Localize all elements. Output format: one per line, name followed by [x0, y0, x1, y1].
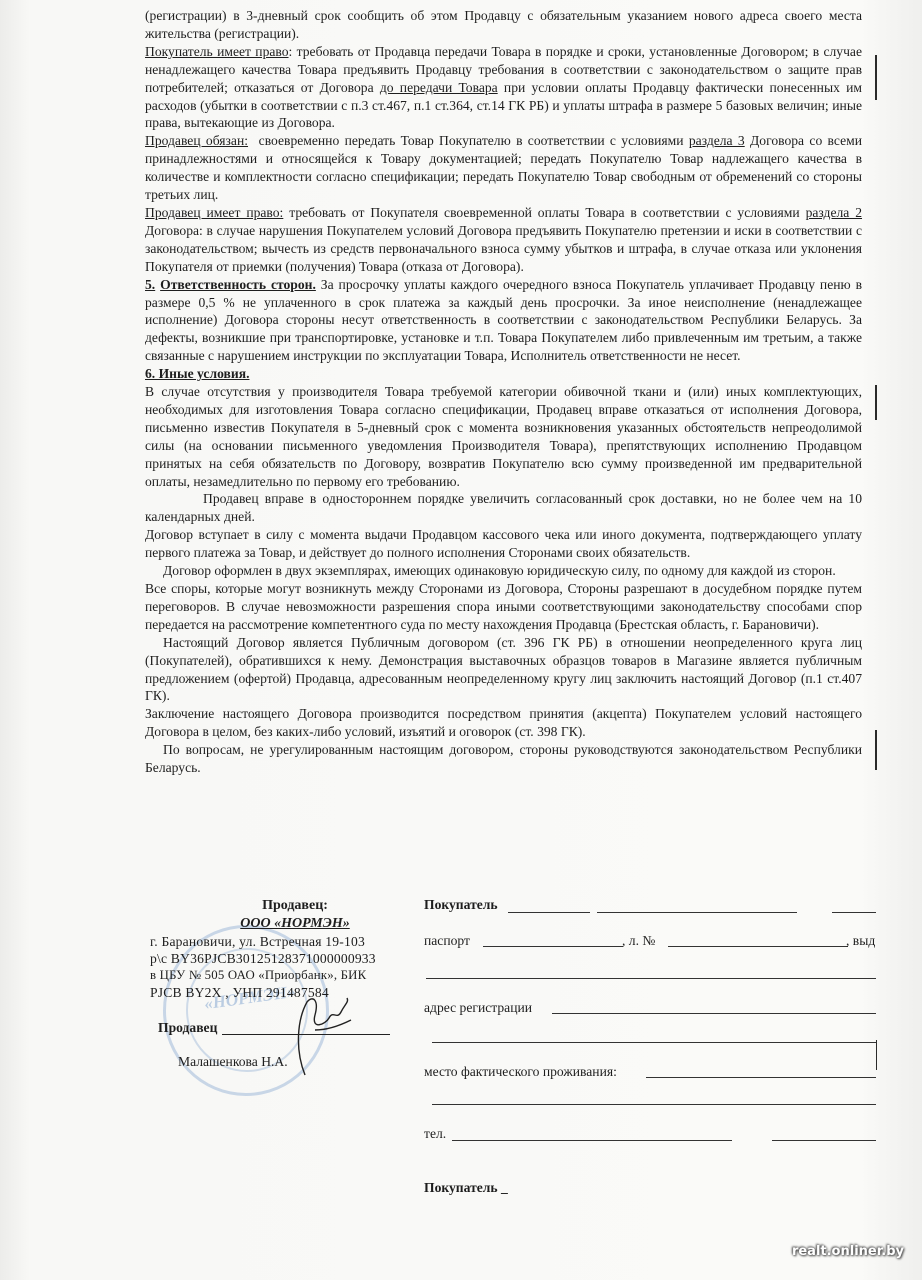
- actual-address-field-2[interactable]: [432, 1104, 876, 1105]
- seller-account: р\с BY36PJCB30125128371000000933: [150, 950, 420, 967]
- reg-address-field-2[interactable]: [432, 1042, 876, 1043]
- passport-number-label: , л. №: [622, 933, 655, 949]
- margin-mark: [875, 385, 877, 420]
- phone-field[interactable]: [452, 1140, 732, 1141]
- seller-details: Продавец: ООО «НОРМЭН» г. Барановичи, ул…: [150, 897, 420, 1001]
- reg-address-label: адрес регистрации: [424, 1000, 532, 1016]
- seller-rights-label: Продавец имеет право:: [145, 205, 283, 220]
- paragraph-seller-rights: Продавец имеет право: требовать от Покуп…: [145, 204, 862, 276]
- seller-bank: в ЦБУ № 505 ОАО «Приорбанк», БИК: [150, 967, 420, 984]
- buyer-name-line-2: [597, 912, 797, 913]
- buyer-title: Покупатель: [424, 897, 498, 913]
- seller-obliged-label: Продавец обязан:: [145, 133, 248, 148]
- before-transfer-label: до передачи Товара: [380, 80, 498, 95]
- passport-issued-label: , выд: [846, 933, 875, 949]
- section5-number: 5.: [145, 277, 155, 292]
- paragraph-governing-law: По вопросам, не урегулированным настоящи…: [145, 741, 862, 777]
- buyer-name-line-3: [832, 912, 876, 913]
- paragraph-public-contract: Настоящий Договор является Публичным дог…: [145, 634, 862, 706]
- signature-icon: [285, 990, 355, 1080]
- paragraph-disputes: Все споры, которые могут возникнуть межд…: [145, 580, 862, 634]
- paragraph-reg-change: (регистрации) в 3-дневный срок сообщить …: [145, 7, 862, 43]
- phone-label: тел.: [424, 1126, 446, 1142]
- contract-body: (регистрации) в 3-дневный срок сообщить …: [145, 7, 862, 777]
- buyer-rights-label: Покупатель имеет право: [145, 44, 289, 59]
- section3-ref: раздела 3: [689, 133, 745, 148]
- paragraph-section5: 5. Ответственность сторон. За просрочку …: [145, 276, 862, 366]
- seller-signatory: Малашенкова Н.А.: [178, 1054, 288, 1070]
- paragraph-effective: Договор вступает в силу с момента выдачи…: [145, 526, 862, 562]
- seller-sign-label: Продавец: [158, 1020, 217, 1036]
- passport-number-field[interactable]: [668, 946, 848, 947]
- section2-ref: раздела 2: [806, 205, 862, 220]
- seller-company: ООО «НОРМЭН»: [150, 915, 420, 933]
- margin-mark: [876, 1040, 877, 1070]
- paragraph-acceptance: Заключение настоящего Договора производи…: [145, 705, 862, 741]
- phone-field-2[interactable]: [772, 1140, 876, 1141]
- passport-series-field[interactable]: [483, 946, 623, 947]
- paragraph-delivery-term: Продавец вправе в одностороннем порядке …: [145, 490, 862, 526]
- site-watermark: realt.onliner.by: [792, 1244, 904, 1259]
- actual-address-label: место фактического проживания:: [424, 1064, 617, 1080]
- seller-address: г. Барановичи, ул. Встречная 19-103: [150, 933, 420, 950]
- margin-mark: [875, 730, 877, 770]
- reg-address-field[interactable]: [552, 1013, 876, 1014]
- seller-title: Продавец:: [150, 897, 420, 915]
- passport-label: паспорт: [424, 933, 470, 949]
- paragraph-buyer-rights: Покупатель имеет право: требовать от Про…: [145, 43, 862, 133]
- paragraph-seller-obliged: Продавец обязан: своевременно передать Т…: [145, 132, 862, 204]
- margin-mark: [875, 55, 877, 100]
- section5-heading: Ответственность сторон.: [160, 277, 316, 292]
- buyer-sign-label: Покупатель _: [424, 1180, 508, 1196]
- document-page: (регистрации) в 3-дневный срок сообщить …: [0, 0, 922, 1280]
- buyer-name-line: [508, 912, 590, 913]
- section6-heading: 6. Иные условия.: [145, 365, 862, 383]
- actual-address-field[interactable]: [646, 1077, 876, 1078]
- paragraph-copies: Договор оформлен в двух экземплярах, име…: [145, 562, 862, 580]
- paragraph-upholstery: В случае отсутствия у производителя Това…: [145, 383, 862, 490]
- passport-issued-field[interactable]: [426, 978, 876, 979]
